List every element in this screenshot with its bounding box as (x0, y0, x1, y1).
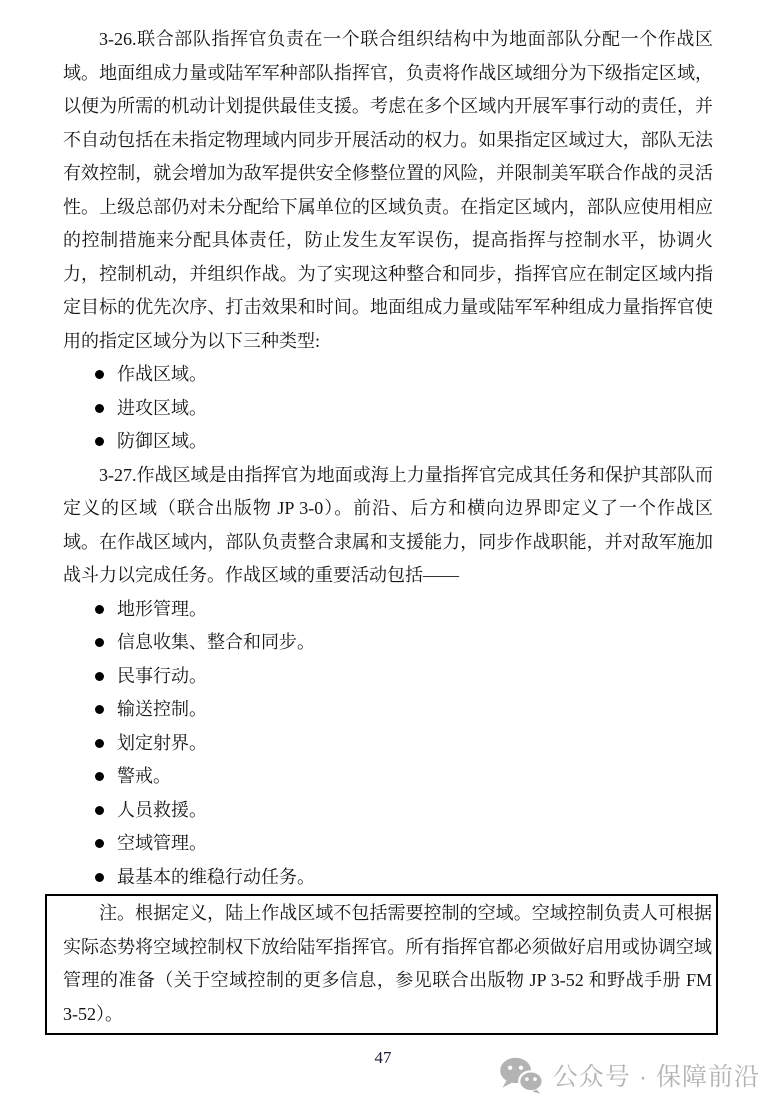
bullet-icon (95, 605, 104, 614)
list-item-text: 进攻区域。 (117, 398, 207, 418)
list-item-text: 人员救援。 (117, 800, 207, 820)
list-item: 输送控制。 (63, 693, 713, 727)
area-type-list: 作战区域。 进攻区域。 防御区域。 (63, 358, 713, 459)
list-item-text: 输送控制。 (117, 699, 207, 719)
bullet-icon (95, 705, 104, 714)
list-item-text: 信息收集、整合和同步。 (117, 632, 315, 652)
note-text: 注。根据定义，陆上作战区域不包括需要控制的空域。空域控制负责人可根据实际态势将空… (63, 897, 712, 1031)
list-item-text: 地形管理。 (117, 599, 207, 619)
list-item-text: 民事行动。 (117, 666, 207, 686)
paragraph-3-27: 3-27.作战区域是由指挥官为地面或海上力量指挥官完成其任务和保护其部队而定义的… (63, 459, 713, 593)
list-item-text: 最基本的维稳行动任务。 (117, 867, 315, 887)
bullet-icon (95, 873, 104, 882)
bullet-icon (95, 370, 104, 379)
bullet-icon (95, 672, 104, 681)
paragraph-3-26: 3-26.联合部队指挥官负责在一个联合组织结构中为地面部队分配一个作战区域。地面… (63, 23, 713, 358)
watermark-text: 公众号 · 保障前沿 (553, 1057, 760, 1093)
bullet-icon (95, 437, 104, 446)
document-page: 3-26.联合部队指挥官负责在一个联合组织结构中为地面部队分配一个作战区域。地面… (0, 0, 766, 1106)
list-item: 作战区域。 (63, 358, 713, 392)
list-item-text: 警戒。 (117, 766, 171, 786)
bullet-icon (95, 839, 104, 848)
list-item-text: 防御区域。 (117, 431, 207, 451)
bullet-icon (95, 772, 104, 781)
list-item: 民事行动。 (63, 660, 713, 694)
list-item: 人员救援。 (63, 794, 713, 828)
list-item: 警戒。 (63, 760, 713, 794)
list-item-text: 划定射界。 (117, 733, 207, 753)
document-body: 3-26.联合部队指挥官负责在一个联合组织结构中为地面部队分配一个作战区域。地面… (63, 23, 713, 1035)
list-item: 最基本的维稳行动任务。 (63, 861, 713, 895)
list-item: 划定射界。 (63, 727, 713, 761)
activity-list: 地形管理。 信息收集、整合和同步。 民事行动。 输送控制。 划定射界。 警戒。 (63, 593, 713, 895)
bullet-icon (95, 739, 104, 748)
watermark: 公众号 · 保障前沿 (498, 1056, 760, 1094)
list-item: 防御区域。 (63, 425, 713, 459)
bullet-icon (95, 638, 104, 647)
bullet-icon (95, 806, 104, 815)
list-item: 地形管理。 (63, 593, 713, 627)
bullet-icon (95, 404, 104, 413)
list-item: 空域管理。 (63, 827, 713, 861)
list-item-text: 作战区域。 (117, 364, 207, 384)
list-item: 进攻区域。 (63, 392, 713, 426)
list-item-text: 空域管理。 (117, 833, 207, 853)
list-item: 信息收集、整合和同步。 (63, 626, 713, 660)
note-box: 注。根据定义，陆上作战区域不包括需要控制的空域。空域控制负责人可根据实际态势将空… (45, 894, 718, 1035)
wechat-logo-icon (498, 1056, 544, 1094)
